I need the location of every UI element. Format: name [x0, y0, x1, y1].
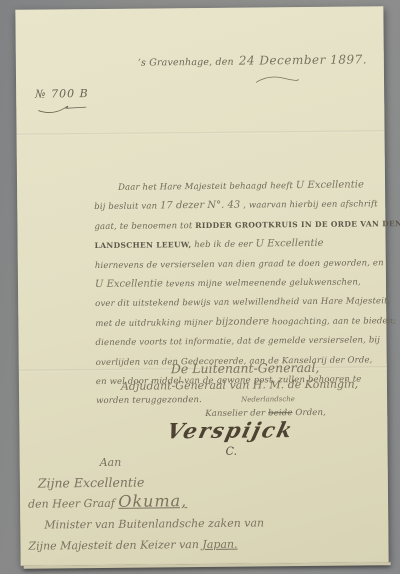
date-flourish [254, 73, 300, 85]
photo-background: { "page": { "background_color": "#8b8c8a… [0, 0, 400, 574]
dateline-handwritten: 24 December 1897. [239, 52, 367, 67]
fold-crease [17, 130, 385, 136]
text-line: dienende voorts tot informatie, dat de g… [95, 330, 357, 352]
text-segment: met de uitdrukking mijner [95, 318, 215, 329]
text-segment: hoogachting, aan te bieden; [269, 316, 396, 327]
text-line: LANDSCHEN LEEUW, heb ik de eer U Excelle… [95, 233, 357, 255]
text-segment: tevens mijne welmeenende gelukwenschen, [163, 278, 361, 290]
reference-flourish [36, 103, 88, 115]
letter-paper: ’s Gravenhage, den 24 December 1897. № 7… [15, 6, 388, 566]
address-block: AanZijne Excellentieden Heer Graaf Okuma… [28, 449, 359, 556]
dateline: ’s Gravenhage, den 24 December 1897. [138, 48, 367, 69]
text-segment: bijzondere [215, 316, 269, 328]
text-segment: Daar het Hare Majesteit behaagd heeft [118, 181, 296, 193]
text-line: hiernevens de versierselen van dien graa… [95, 252, 357, 274]
text-segment: RIDDER GROOTKRUIS IN DE ORDE VAN DEN NED… [195, 219, 400, 230]
text-segment: bij besluit van [94, 202, 160, 213]
text-segment: Minister van Buitenlandsche zaken van [44, 516, 264, 531]
text-line: met de uitdrukking mijner bijzondere hoo… [95, 310, 357, 332]
text-segment: Japan. [202, 538, 237, 551]
text-line: Zijne Majesteit den Keizer van Japan. [28, 532, 358, 556]
text-line: Minister van Buitenlandsche zaken van [44, 511, 358, 535]
text-segment: Zijne Majesteit den Keizer van [28, 538, 202, 553]
text-segment: over dit uitstekend bewijs van welwillen… [95, 297, 390, 310]
closing-block: De Luitenant-Generaal,Adjudant-Generaal … [119, 358, 380, 422]
text-segment: den Heer Graaf [28, 497, 118, 511]
signature: Verspijck [164, 417, 296, 443]
text-segment: dienende voorts tot informatie, dat de g… [95, 336, 380, 349]
reference-number: № 700 B [35, 87, 89, 101]
text-segment: Zijne Excellentie [38, 475, 145, 491]
text-segment: U Excellentie [256, 238, 324, 250]
text-line: gaat, te benoemen tot RIDDER GROOTKRUIS … [94, 213, 356, 235]
text-segment: U Excellentie [95, 278, 163, 290]
text-segment: U Excellentie [296, 179, 364, 191]
text-line: Aan [100, 449, 358, 472]
text-segment: Adjudant-Generaal van H. M. de Koningin, [121, 378, 358, 393]
text-line: over dit uitstekend bewijs van welwillen… [95, 291, 357, 313]
text-segment: Orden, [292, 408, 326, 418]
text-line: Adjudant-Generaal van H. M. de Koningin, [121, 374, 379, 393]
text-line: Daar het Hare Majesteit behaagd heeft U … [118, 175, 356, 197]
dateline-printed: ’s Gravenhage, den [138, 57, 234, 69]
text-segment: Okuma, [118, 491, 187, 511]
text-segment: hiernevens de versierselen van dien graa… [95, 258, 384, 271]
text-segment: LANDSCHEN LEEUW, [95, 240, 192, 250]
text-segment: Aan [100, 456, 122, 469]
text-segment: , waarvan hierbij een afschrift [240, 200, 378, 211]
text-line: U Excellentie tevens mijne welmeenende g… [95, 272, 357, 294]
text-line: De Luitenant-Generaal, [171, 358, 379, 376]
text-segment: heb ik de eer [191, 240, 255, 251]
text-line: bij besluit van 17 dezer N°. 43 , waarva… [94, 194, 356, 216]
text-segment: gaat, te benoemen tot [94, 221, 195, 232]
text-segment: 17 dezer N°. 43 [160, 200, 240, 212]
text-segment: De Luitenant-Generaal, [171, 360, 320, 376]
